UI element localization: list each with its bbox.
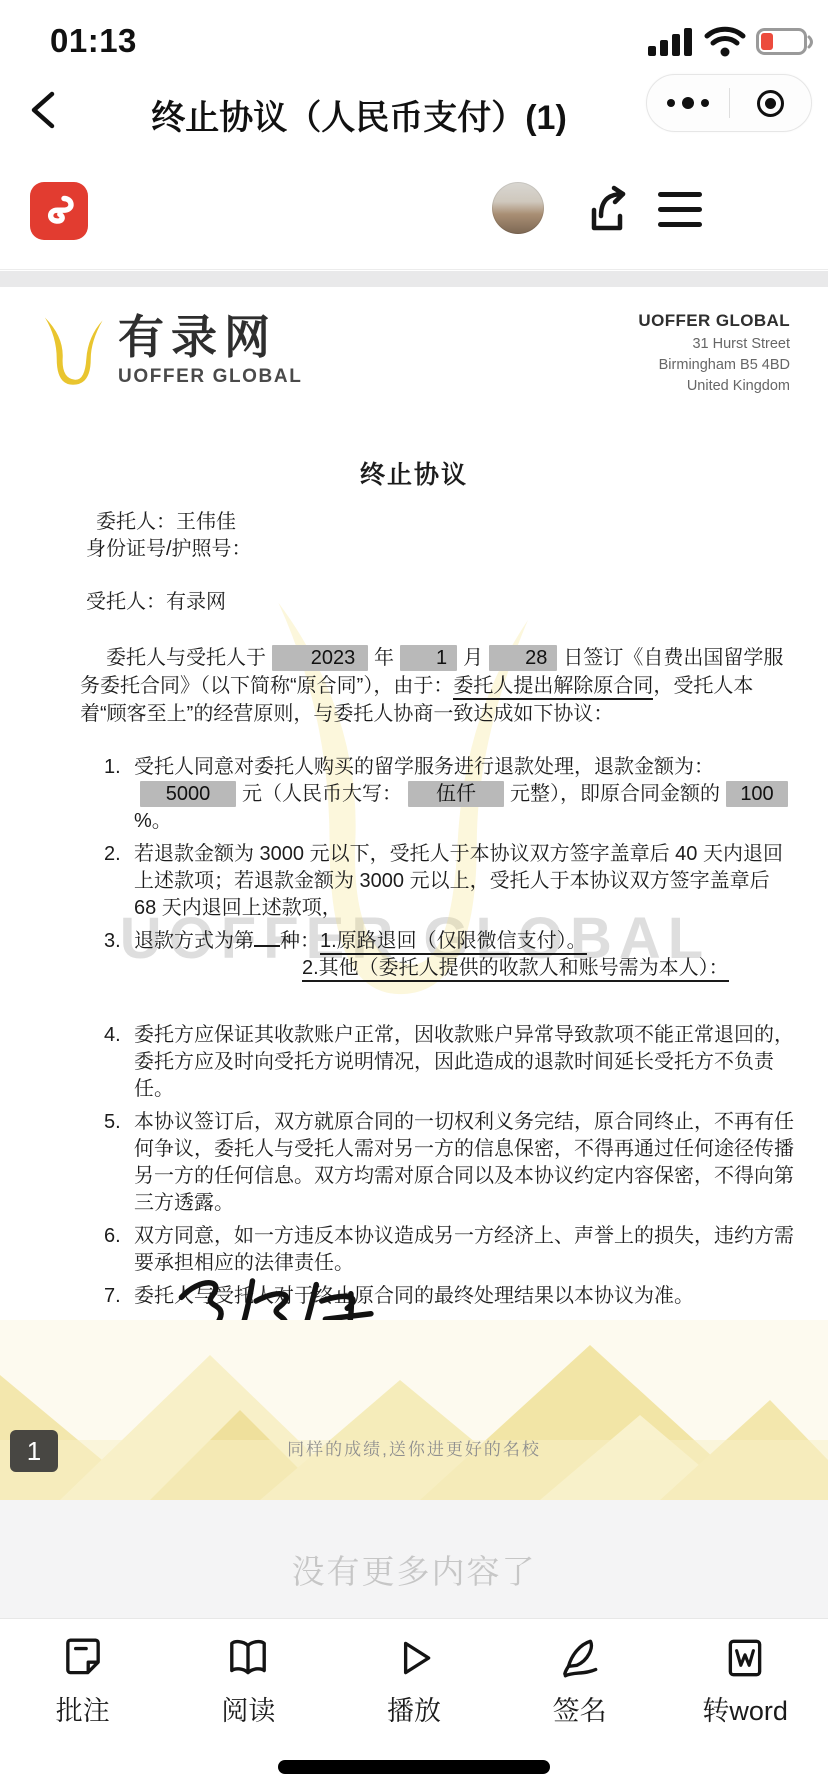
clause-text: %。 (134, 810, 172, 832)
to-word-button[interactable]: 转word (662, 1619, 828, 1792)
intro-text: 委托人与受托人于 (106, 647, 266, 669)
address-line: United Kingdom (638, 376, 790, 397)
screen: 01:13 终止协议（人民币支付）(1) (0, 0, 828, 1792)
clause-number: 3. (104, 928, 134, 982)
clause-7: 7. 委托人与受托人对于终止原合同的最终处理结果以本协议为准。 (0, 1283, 828, 1310)
clause-3: 3. 退款方式为第种：1.原路退回（仅限微信支付）。 2.其他（委托人提供的收款… (0, 928, 828, 982)
sign-label: 签名 (553, 1689, 607, 1728)
to-word-icon (722, 1635, 768, 1681)
field-amount: 5000 (140, 781, 236, 807)
clause-number: 7. (104, 1283, 134, 1310)
miniprogram-capsule (646, 74, 812, 132)
field-month: 1 (400, 645, 457, 671)
pdf-app-icon (39, 191, 79, 231)
clause-number: 1. (104, 754, 134, 835)
field-year: 2023 (272, 645, 368, 671)
brand-u-icon (36, 307, 110, 393)
clause-text: 种： (280, 930, 320, 952)
annotate-button[interactable]: 批注 (0, 1619, 166, 1792)
menu-button[interactable] (658, 192, 702, 227)
clause-5: 5. 本协议签订后，双方就原合同的一切权利义务完结，原合同终止，不再有任何争议，… (0, 1109, 828, 1217)
clause-text: 委托方应保证其收款账户正常，因收款账户异常导致款项不能正常退回的，委托方应及时向… (134, 1022, 795, 1103)
home-indicator[interactable] (278, 1760, 550, 1774)
refund-option-1: 1.原路退回（仅限微信支付）。 (320, 930, 587, 955)
avatar[interactable] (492, 182, 544, 234)
address-line: 31 Hurst Street (638, 334, 790, 355)
more-icon (667, 97, 709, 109)
field-percent: 100 (726, 781, 788, 807)
blank-underline (254, 929, 280, 947)
clause-list: 1. 受托人同意对委托人购买的留学服务进行退款处理，退款金额为：5000元（人民… (0, 754, 828, 1310)
page-number-badge: 1 (10, 1430, 58, 1472)
minimize-icon (757, 90, 784, 117)
status-bar: 01:13 (0, 0, 828, 60)
brand-name-en: UOFFER GLOBAL (118, 367, 302, 387)
footer-tagline: 同样的成绩,送你进更好的名校 (0, 1435, 828, 1460)
clause-number: 6. (104, 1223, 134, 1277)
app-toolbar (0, 160, 828, 270)
clause-4: 4. 委托方应保证其收款账户正常，因收款账户异常导致款项不能正常退回的，委托方应… (0, 1022, 828, 1103)
clause-text: 受托人同意对委托人购买的留学服务进行退款处理，退款金额为： (134, 756, 714, 778)
client-line: 委托人：王伟佳 (86, 509, 828, 536)
nav-bar: 终止协议（人民币支付）(1) (0, 60, 828, 160)
trustee-line: 受托人：有录网 (86, 589, 828, 616)
letterhead: 有录网 UOFFER GLOBAL UOFFER GLOBAL 31 Hurst… (0, 307, 828, 415)
play-icon (391, 1635, 437, 1681)
battery-icon (756, 28, 814, 56)
play-label: 播放 (387, 1689, 441, 1728)
more-button[interactable] (647, 75, 729, 131)
clause-text: 双方同意，如一方违反本协议造成另一方经济上、声誉上的损失，违约方需要承担相应的法… (134, 1223, 795, 1277)
back-button[interactable] (26, 88, 62, 132)
clause-text: 元（人民币大写： (242, 783, 402, 805)
intro-text: 年 (374, 647, 394, 669)
address-line: UOFFER GLOBAL (638, 309, 790, 334)
clause-number: 4. (104, 1022, 134, 1103)
clause-text: 本协议签订后，双方就原合同的一切权利义务完结，原合同终止，不再有任何争议，委托人… (134, 1109, 795, 1217)
read-label: 阅读 (221, 1689, 275, 1728)
content-divider (0, 271, 828, 287)
minimize-button[interactable] (730, 75, 812, 131)
to-word-label: 转word (702, 1689, 788, 1728)
clause-text: 元整），即原合同金额的 (510, 783, 720, 805)
intro-text: 月 (463, 647, 483, 669)
parties-block: 委托人：王伟佳 身份证号/护照号： 受托人：有录网 (0, 509, 828, 616)
address-line: Birmingham B5 4BD (638, 355, 790, 376)
clause-number: 2. (104, 841, 134, 922)
document-page[interactable]: UOFFER GLOBAL 有录网 UOFFER GLOBAL UOFFER G… (0, 287, 828, 1500)
clause-text: 退款方式为第 (134, 930, 254, 952)
wps-pdf-logo[interactable] (30, 182, 88, 240)
share-button[interactable] (580, 184, 632, 236)
intro-paragraph: 委托人与受托人于2023年1月28日签订《自费出国留学服务委托合同》（以下简称“… (80, 644, 794, 728)
clause-2: 2. 若退款金额为 3000 元以下，受托人于本协议双方签字盖章后 40 天内退… (0, 841, 828, 922)
no-more-content-text: 没有更多内容了 (0, 1546, 828, 1593)
status-time: 01:13 (50, 22, 137, 60)
annotate-icon (60, 1635, 106, 1681)
brand-logo: 有录网 UOFFER GLOBAL (36, 307, 302, 393)
document-title: 终止协议 (0, 455, 828, 491)
sign-icon (557, 1635, 603, 1681)
wifi-icon (704, 26, 746, 58)
clause-6: 6. 双方同意，如一方违反本协议造成另一方经济上、声誉上的损失，违约方需要承担相… (0, 1223, 828, 1277)
page-footer-graphic (0, 1320, 828, 1500)
read-icon (225, 1635, 271, 1681)
letterhead-address: UOFFER GLOBAL 31 Hurst Street Birmingham… (638, 307, 790, 397)
annotate-label: 批注 (56, 1689, 110, 1728)
brand-name-cn: 有录网 (118, 313, 302, 361)
page-title: 终止协议（人民币支付）(1) (90, 90, 628, 139)
intro-underlined-text: 委托人提出解除原合同 (453, 675, 653, 700)
field-day: 28 (489, 645, 557, 671)
refund-option-2: 2.其他（委托人提供的收款人和账号需为本人）： (302, 957, 729, 982)
clause-1: 1. 受托人同意对委托人购买的留学服务进行退款处理，退款金额为：5000元（人民… (0, 754, 828, 835)
field-amount-cn: 伍仟 (408, 781, 504, 807)
clause-number: 5. (104, 1109, 134, 1217)
signal-icon (646, 26, 694, 58)
clause-text: 若退款金额为 3000 元以下，受托人于本协议双方签字盖章后 40 天内退回上述… (134, 841, 795, 922)
id-line: 身份证号/护照号： (86, 536, 828, 563)
